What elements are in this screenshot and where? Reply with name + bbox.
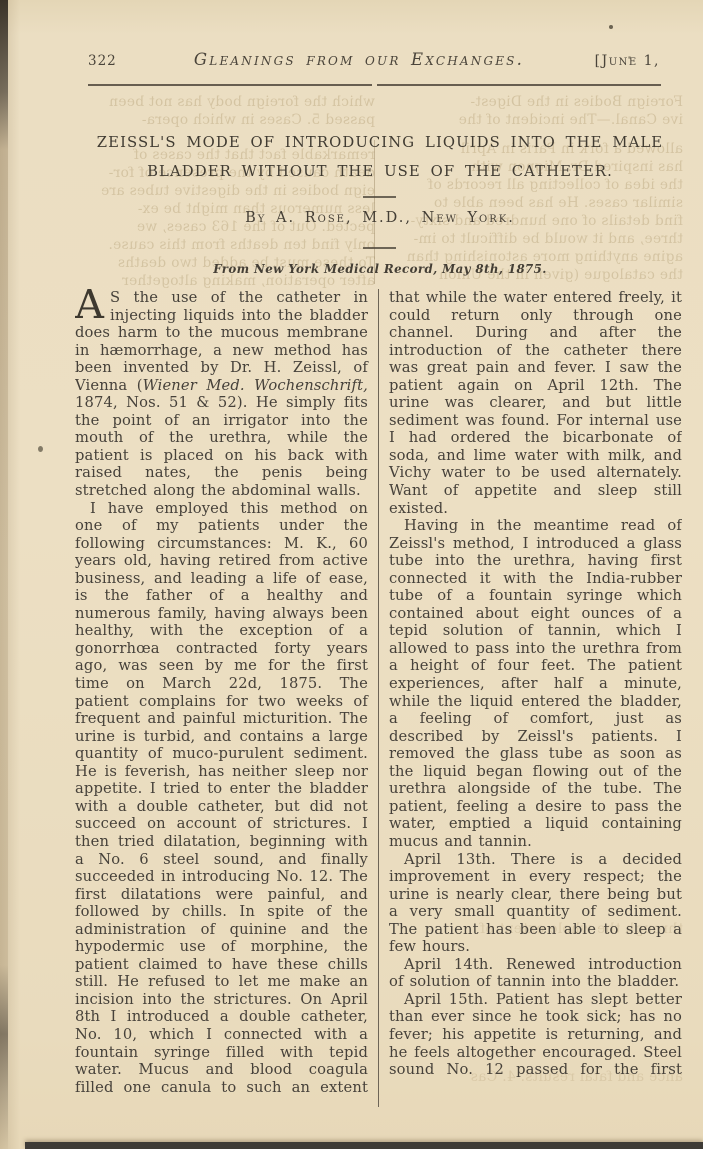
bleed-through-text: which the foreign body has not beenpasse… (80, 93, 375, 129)
paragraph: April 14th. Renewed introduction of solu… (389, 956, 682, 991)
issue-date: [June 1, (595, 53, 660, 69)
drop-cap: A (75, 289, 110, 321)
text-run: April 14th. Renewed introduction of solu… (389, 956, 682, 991)
scanned-journal-page: which the foreign body has not beenpasse… (0, 0, 703, 1149)
paragraph: April 13th. There is a decided improveme… (389, 851, 682, 956)
scan-edge-bottom (25, 1142, 703, 1149)
article-title-line2: BLADDER WITHOUT THE USE OF THE CATHETER. (147, 163, 613, 180)
article-body: AS the use of the catheter in injecting … (75, 289, 682, 1107)
header-rule-left (88, 84, 372, 86)
article-title-line1: ZEISSL'S MODE OF INTRODUCING LIQUIDS INT… (97, 134, 663, 151)
separator-rule (363, 247, 396, 249)
text-run: April 13th. There is a decided improveme… (389, 851, 682, 956)
article-byline: By A. Rose, M.D., New York. (75, 210, 685, 226)
bleed-through-text: Foreign Bodies in the Digest-ive Canal.—… (393, 93, 683, 129)
article-title: ZEISSL'S MODE OF INTRODUCING LIQUIDS INT… (75, 129, 685, 186)
article-source: From New York Medical Record, May 8th, 1… (75, 262, 685, 276)
text-run: 1874, Nos. 51 & 52). He simply fits the … (75, 394, 368, 499)
ink-speck (38, 446, 43, 452)
italic-citation: Wiener Med. Wochenschrift, (143, 377, 368, 394)
scan-edge-left (0, 0, 8, 1149)
ink-speck (609, 25, 613, 29)
separator-rule (363, 196, 396, 198)
paragraph: AS the use of the catheter in injecting … (75, 289, 368, 500)
text-run: Having in the meantime read of Zeissl's … (389, 517, 682, 850)
paragraph: Having in the meantime read of Zeissl's … (389, 517, 682, 850)
header-rule-right (377, 84, 661, 86)
running-title: Gleanings from our Exchanges. (75, 50, 643, 69)
